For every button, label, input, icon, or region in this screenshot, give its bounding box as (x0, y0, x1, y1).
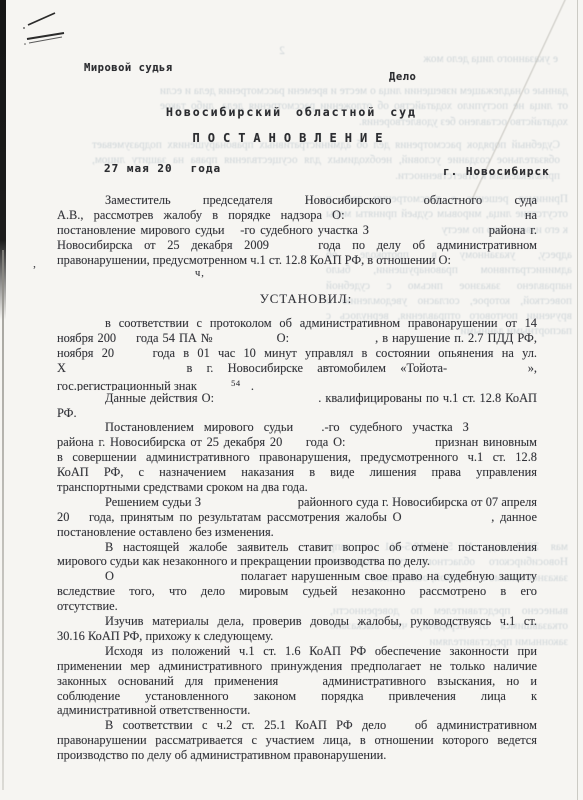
paragraph-district-ruling: Решением судьи З районного суда г. Новос… (57, 495, 537, 540)
text-segment: административного взыскания, но и (322, 674, 537, 688)
text-segment: законных оснований для применения (57, 674, 278, 688)
redaction-gap (479, 430, 537, 431)
bleed-through-text: 2 (262, 44, 302, 59)
region-code: 54 (231, 378, 241, 388)
text-line: производство по делу об административном… (57, 748, 537, 763)
document-page: 2 е указанного лица дело мож данные о на… (0, 0, 583, 800)
text-line: 20 года, принятым по результатам рассмот… (57, 510, 537, 525)
paragraph-protocol: в соответствии с протоколом об администр… (57, 316, 537, 390)
text-segment: года по делу об административном (318, 238, 537, 252)
text-line-fragment: ч, (57, 267, 537, 282)
text-segment: О (105, 569, 114, 583)
text-segment: А.В., рассмотрев жалобу в порядке надзор… (57, 208, 345, 222)
text-segment: О: (277, 331, 289, 345)
text-line: Данные действия О: . квалифицированы по … (57, 391, 537, 406)
text-segment: года О: (306, 435, 346, 449)
text-segment: Новосибирска от 25 декабря 2009 (57, 238, 269, 252)
text-segment: Данные действия О: (105, 391, 214, 405)
redaction-gap (374, 233, 484, 234)
paragraph-first-ruling: Постановлением мирового судьи .-го судеб… (57, 420, 537, 494)
redaction-gap (244, 389, 248, 390)
text-line: гос.регистрационный знак 54 . (57, 376, 537, 391)
text-segment: признан виновным (435, 435, 537, 449)
text-line: соблюдение установленного законом порядк… (57, 689, 537, 704)
text-line: Изучив материалы дела, проверив доводы ж… (57, 614, 537, 629)
header-right-label: Дело (389, 71, 416, 83)
text-line: правонарушении, предусмотренном ч.1 ст. … (57, 253, 537, 268)
redaction-gap (303, 430, 311, 431)
text-line: законных оснований для применения админи… (57, 674, 537, 689)
text-segment: на (525, 208, 537, 222)
text-line: Новосибирска от 25 декабря 2009 года по … (57, 238, 537, 253)
redaction-gap (293, 341, 371, 342)
ink-speck: , (33, 256, 36, 271)
text-line: РФ. (57, 406, 537, 421)
text-segment: , данное (491, 510, 537, 524)
text-segment: Решением судьи З (105, 495, 201, 509)
text-segment: Х (57, 361, 66, 375)
paragraph-complaint: В настоящей жалобе заявитель ставит вопр… (57, 540, 537, 570)
text-segment: Постановлением мирового судьи (105, 420, 293, 434)
court-name: Новосибирский областной суд (0, 105, 583, 119)
redaction-gap (350, 445, 430, 446)
text-segment: , в нарушение п. 2.7 ПДД РФ, (375, 331, 537, 345)
redaction-gap (120, 341, 132, 342)
redaction-gap (75, 520, 83, 521)
text-segment: .-го судебного участка З (321, 420, 469, 434)
text-line: в совершении административного правонару… (57, 450, 537, 465)
text-segment: ноября 20 (57, 346, 114, 360)
text-segment: полагает нарушенным свое право на судебн… (241, 569, 537, 583)
date-text: 27 мая 20 (104, 162, 173, 175)
redaction-gap (281, 248, 307, 249)
text-segment: 20 (57, 510, 69, 524)
text-segment: года в 01 час 10 минут управлял в состоя… (153, 346, 537, 360)
document-body: Заместитель председателя Новосибирского … (57, 193, 537, 763)
text-line: В настоящей жалобе заявитель ставит вопр… (57, 540, 537, 555)
redaction-gap (229, 233, 235, 234)
text-line: ноября 20 года в 01 час 10 минут управля… (57, 346, 537, 361)
paragraph-participation: В соответствии с ч.2 ст. 25.1 КоАП РФ де… (57, 718, 537, 763)
text-line: ноября 200 года 54 ПА № О: , в нарушение… (57, 331, 537, 346)
redaction-gap (407, 520, 485, 521)
document-city: г. Новосибирск (443, 165, 550, 178)
redaction-gap (218, 401, 314, 402)
text-segment: постановление мирового судьи (57, 223, 225, 237)
text-line: вследствие того, что дело мировым судьей… (57, 584, 537, 599)
header-left-label: Мировой судья (84, 62, 173, 74)
date-text: года (191, 162, 222, 175)
redaction-gap (289, 684, 311, 685)
text-segment: района г. (489, 223, 537, 237)
paragraph-preamble: Заместитель председателя Новосибирского … (57, 193, 537, 282)
text-line: 30.16 КоАП РФ, прихожу к следующему. (57, 629, 537, 644)
pen-marks-icon (0, 0, 90, 60)
document-title: ПОСТАНОВЛЕНИЕ (0, 131, 583, 145)
redaction-gap (122, 356, 144, 357)
text-line: Исходя из положений ч.1 ст. 1.6 КоАП РФ … (57, 644, 537, 659)
text-line: О полагает нарушенным свое право на суде… (57, 569, 537, 584)
paragraph-legality: Исходя из положений ч.1 ст. 1.6 КоАП РФ … (57, 644, 537, 718)
redaction-gap (355, 218, 515, 219)
text-line: применении мер административного принужд… (57, 659, 537, 674)
paragraph-review: Изучив материалы дела, проверив доводы ж… (57, 614, 537, 644)
text-line: постановление оставлено без изменения. (57, 525, 537, 540)
text-segment: года, принятым по результатам рассмотрен… (89, 510, 402, 524)
paragraph-argument: О полагает нарушенным свое право на суде… (57, 569, 537, 614)
text-line: мирового судьи как незаконного и прекращ… (57, 554, 537, 569)
text-segment: . (251, 379, 254, 391)
text-segment: об административном (415, 718, 537, 732)
redaction-gap (80, 371, 172, 372)
text-line: административной ответственности. (57, 703, 537, 718)
text-segment: ноября 200 (57, 331, 116, 345)
text-line: района г. Новосибирска от 25 декабря 20 … (57, 435, 537, 450)
text-segment: -го судебного участка З (240, 223, 369, 237)
text-line: правонарушении рассматривается с участие… (57, 733, 537, 748)
redaction-gap (287, 445, 301, 446)
text-line: В соответствии с ч.2 ст. 25.1 КоАП РФ де… (57, 718, 537, 733)
document-date: 27 мая 20года (104, 162, 221, 175)
redaction-gap (461, 371, 513, 372)
redaction-gap (396, 728, 406, 729)
text-line: транспортными средствами сроком на два г… (57, 480, 537, 495)
text-line: А.В., рассмотрев жалобу в порядке надзор… (57, 208, 537, 223)
text-segment: районного суда г. Новосибирска от 07 апр… (298, 495, 537, 509)
text-line: Х в г. Новосибирске автомобилем «Тойота-… (57, 361, 537, 376)
redaction-gap (118, 579, 236, 580)
text-line: постановление мирового судьи -го судебно… (57, 223, 537, 238)
text-line: в соответствии с протоколом об администр… (57, 316, 537, 331)
redaction-gap (204, 505, 294, 506)
redaction-gap (218, 341, 273, 342)
resolution-heading: УСТАНОВИЛ: (75, 292, 537, 307)
text-segment: В соответствии с ч.2 ст. 25.1 КоАП РФ де… (105, 718, 386, 732)
page-left-edge (2, 250, 4, 790)
text-segment: . квалифицированы по ч.1 ст. 12.8 КоАП (318, 391, 537, 405)
text-segment: », (528, 361, 537, 375)
text-line: КоАП РФ, с назначением наказания в виде … (57, 465, 537, 480)
text-line: отсутствие. (57, 599, 537, 614)
redaction-gap (200, 389, 228, 390)
text-segment: района г. Новосибирска от 25 декабря 20 (57, 435, 282, 449)
text-line: Постановлением мирового судьи .-го судеб… (57, 420, 537, 435)
text-line: Заместитель председателя Новосибирского … (57, 193, 537, 208)
text-segment: гос.регистрационный знак (57, 379, 197, 391)
text-segment: года 54 ПА № (136, 331, 214, 345)
redaction-gap (173, 171, 191, 172)
text-line: Решением судьи З районного суда г. Новос… (57, 495, 537, 510)
paragraph-qualification: Данные действия О: . квалифицированы по … (57, 391, 537, 421)
text-segment: в г. Новосибирске автомобилем «Тойота- (186, 361, 447, 375)
